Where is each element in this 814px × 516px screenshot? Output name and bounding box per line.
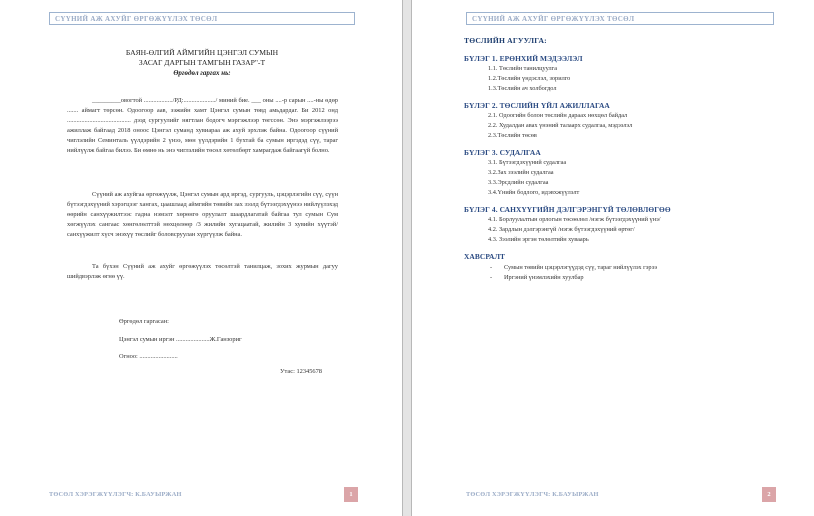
annex-item-text: Иргэний үнэмлэхийн хуулбар xyxy=(504,274,583,281)
dash-bullet-icon: - xyxy=(490,263,504,273)
chapter-heading: БҮЛЭГ 2. ТӨСЛИЙН ҮЙЛ АЖИЛЛАГАА xyxy=(464,101,784,110)
page-gutter xyxy=(402,0,412,516)
annex-item-text: Сумын төвийн цэцэрлэгүүдэд сүү, тараг ни… xyxy=(504,264,657,271)
chapter-items: 1.1. Төслийн танилцуулга1.2.Төслийн үндэ… xyxy=(488,64,784,94)
recipient-address: БАЯН-ӨЛГИЙ АЙМГИЙН ЦЭНГЭЛ СУМЫН ЗАСАГ ДА… xyxy=(49,48,355,78)
toc-item: 4.3. Зээлийн эргэн төлөлтийн хуваарь xyxy=(488,235,784,245)
page-number: 1 xyxy=(344,487,358,502)
toc-item: 2.3.Төслийн төсөв xyxy=(488,131,784,141)
toc-item: 3.2.Зах зээлийн судалгаа xyxy=(488,168,784,178)
page-footer: ТӨСӨЛ ХЭРЭГЖҮҮЛЭГЧ: К.БАУЫРЖАН xyxy=(466,491,599,498)
toc-item: 1.3.Төслийн ач холбогдол xyxy=(488,84,784,94)
toc-item: 3.3.Эрсдлийн судалгаа xyxy=(488,178,784,188)
document-page-1: СҮҮНИЙ АЖ АХУЙГ ӨРГӨЖҮҮЛЭХ ТӨСӨЛ БАЯН-ӨЛ… xyxy=(0,0,402,516)
chapter-heading: БҮЛЭГ 3. СУДАЛГАА xyxy=(464,148,784,157)
toc-item: 1.2.Төслийн үндэслэл, зорилго xyxy=(488,74,784,84)
application-subtitle: Өргөдөл гаргах нь: xyxy=(49,68,355,78)
page-header: СҮҮНИЙ АЖ АХУЙГ ӨРГӨЖҮҮЛЭХ ТӨСӨЛ xyxy=(466,12,774,25)
document-page-2: СҮҮНИЙ АЖ АХУЙГ ӨРГӨЖҮҮЛЭХ ТӨСӨЛ ТӨСЛИЙН… xyxy=(412,0,814,516)
toc-title: ТӨСЛИЙН АГУУЛГА: xyxy=(464,36,784,45)
phone-line: Утас: 12345678 xyxy=(280,368,322,375)
annex-item: -Сумын төвийн цэцэрлэгүүдэд сүү, тараг н… xyxy=(490,263,784,273)
page-header: СҮҮНИЙ АЖ АХУЙГ ӨРГӨЖҮҮЛЭХ ТӨСӨЛ xyxy=(49,12,355,25)
page-footer: ТӨСӨЛ ХЭРЭГЖҮҮЛЭГЧ: К.БАУЫРЖАН xyxy=(49,491,182,498)
toc-item: 1.1. Төслийн танилцуулга xyxy=(488,64,784,74)
toc-item: 4.2. Зардлын дэлгэрэнгүй /нэгж бүтээгдэх… xyxy=(488,225,784,235)
toc-item: 3.1. Бүтээгдэхүүний судалгаа xyxy=(488,158,784,168)
annex-list: -Сумын төвийн цэцэрлэгүүдэд сүү, тараг н… xyxy=(490,263,784,283)
chapter-list: БҮЛЭГ 1. ЕРӨНХИЙ МЭДЭЭЛЭЛ1.1. Төслийн та… xyxy=(464,54,784,245)
toc-item: 3.4.Үнийн бодлого, идэвхжүүлэлт xyxy=(488,188,784,198)
page-number: 2 xyxy=(762,487,776,502)
signature-line: Цэнгэл сумын иргэн .....................… xyxy=(119,336,242,343)
date-line: Огноо: ........................ xyxy=(119,353,178,360)
annex-item: -Иргэний үнэмлэхийн хуулбар xyxy=(490,273,784,283)
paragraph-intro: _________овогтой ................../РД:.… xyxy=(67,96,338,156)
paragraph-request: Сүүний аж ахуйгаа өргөжүүлж, Цэнгэл сумы… xyxy=(67,190,338,240)
paragraph-text: _________овогтой ................../РД:.… xyxy=(67,96,338,156)
paragraph-closing: Та бүхэн Сүүний аж ахуйг өргөжүүлэх төсө… xyxy=(67,262,338,282)
table-of-contents: ТӨСЛИЙН АГУУЛГА: БҮЛЭГ 1. ЕРӨНХИЙ МЭДЭЭЛ… xyxy=(464,36,784,283)
toc-item: 2.2. Худалдан авах үнэний талаарх судалг… xyxy=(488,121,784,131)
paragraph-text: Та бүхэн Сүүний аж ахуйг өргөжүүлэх төсө… xyxy=(67,262,338,282)
annex-title: ХАВСРАЛТ xyxy=(464,252,784,261)
address-line-1: БАЯН-ӨЛГИЙ АЙМГИЙН ЦЭНГЭЛ СУМЫН xyxy=(49,48,355,58)
chapter-heading: БҮЛЭГ 4. САНХҮҮГИЙН ДЭЛГЭРЭНГҮЙ ТӨЛӨВЛӨГ… xyxy=(464,205,784,214)
chapter-items: 4.1. Борлуулалтын орлогын төсөөлөл /нэгж… xyxy=(488,215,784,245)
dash-bullet-icon: - xyxy=(490,273,504,283)
chapter-items: 2.1. Одоогийн болон төслийн дараах нөхцө… xyxy=(488,111,784,141)
toc-item: 4.1. Борлуулалтын орлогын төсөөлөл /нэгж… xyxy=(488,215,784,225)
toc-item: 2.1. Одоогийн болон төслийн дараах нөхцө… xyxy=(488,111,784,121)
address-line-2: ЗАСАГ ДАРГЫН ТАМГЫН ГАЗАР"-Т xyxy=(49,58,355,68)
chapter-heading: БҮЛЭГ 1. ЕРӨНХИЙ МЭДЭЭЛЭЛ xyxy=(464,54,784,63)
signature-label: Өргөдөл гаргасан: xyxy=(119,318,169,325)
chapter-items: 3.1. Бүтээгдэхүүний судалгаа3.2.Зах зээл… xyxy=(488,158,784,198)
paragraph-text: Сүүний аж ахуйгаа өргөжүүлж, Цэнгэл сумы… xyxy=(67,190,338,240)
